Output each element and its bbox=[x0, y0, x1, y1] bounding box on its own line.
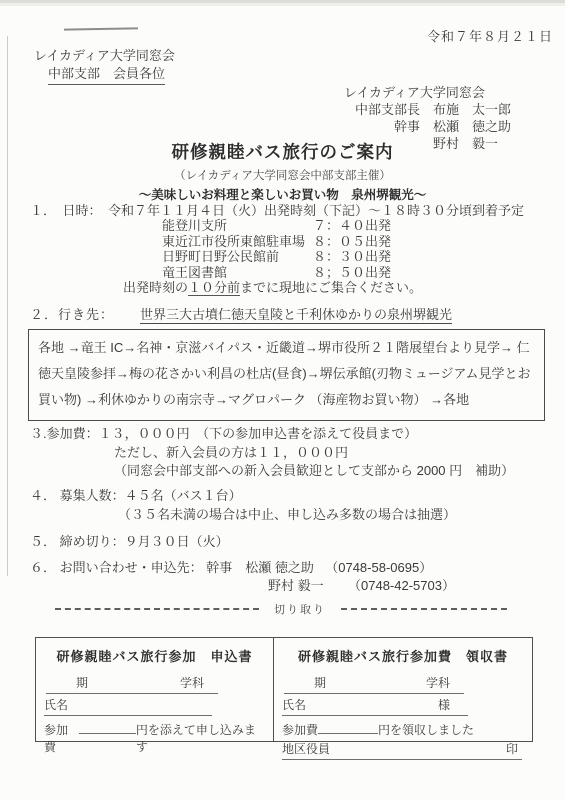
page-subtitle: （レイカディア大学同窓会中部支部主催） bbox=[0, 167, 565, 183]
receipt-name-label: 氏名 bbox=[282, 696, 306, 713]
sender-org: レイカディア大学同窓会 bbox=[344, 84, 511, 101]
contact-phone: （0748-58-0695） bbox=[325, 559, 432, 577]
section-datetime: １． 日時： 令和７年１１月４日（火）出発時刻（下記）～１８時３０分頃到着予定 … bbox=[30, 203, 554, 295]
gathering-note: 出発時刻の１０分前までに現地にご集合ください。 bbox=[123, 280, 554, 295]
title-block: 研修親睦バス旅行のご案内 （レイカディア大学同窓会中部支部主催） ～美味しいお料… bbox=[0, 139, 565, 203]
receipt-honorific: 様 bbox=[438, 696, 450, 713]
detachable-forms: 研修親睦バス旅行参加 申込書 期 学科 氏名 参加費 円を添えて申し込みます 研… bbox=[35, 637, 533, 742]
section-datetime-heading: １． 日時： 令和７年１１月４日（火）出発時刻（下記）～１８時３０分頃到着予定 bbox=[30, 203, 554, 218]
sender-name: 松瀬 徳之助 bbox=[433, 118, 511, 135]
section-capacity: ４． 募集人数：４５名（バス１台） （３５名未満の場合は中止、申し込み多数の場合… bbox=[30, 487, 550, 524]
application-form-title: 研修親睦バス旅行参加 申込書 bbox=[44, 646, 265, 665]
sender-row: 中部支部長 布施 太一郎 bbox=[344, 101, 511, 118]
application-form: 研修親睦バス旅行参加 申込書 期 学科 氏名 参加費 円を添えて申し込みます bbox=[36, 638, 274, 741]
sender-role: 中部支部長 bbox=[344, 101, 420, 118]
receipt-form: 研修親睦バス旅行参加費 領収書 期 学科 氏名 様 参加費 円を領収しました 地… bbox=[274, 638, 532, 741]
deadline-line: ５． 締め切り：９月３０日（火） bbox=[30, 531, 550, 550]
document-date: 令和７年８月２１日 bbox=[427, 26, 553, 45]
application-name-label: 氏名 bbox=[44, 696, 68, 713]
receipt-fee-blank bbox=[318, 718, 378, 734]
application-fee-suffix: 円を添えて申し込みます bbox=[136, 721, 265, 755]
addressee-org: レイカディア大学同窓会 bbox=[34, 47, 175, 65]
cut-here-line: 切り取り bbox=[55, 601, 507, 617]
receipt-name-row: 氏名 様 bbox=[282, 696, 468, 716]
fee-line3: （同窓会中部支部への新入会員歓迎として支部から 2000 円 補助） bbox=[114, 462, 550, 481]
cut-dash-left bbox=[55, 608, 259, 610]
section-deadline: ５． 締め切り：９月３０日（火） bbox=[30, 531, 550, 550]
application-fee-blank bbox=[79, 718, 136, 734]
itinerary-box: 各地 →竜王 IC→名神・京滋バイパス・近畿道→堺市役所２１階展望台より見学→ … bbox=[28, 329, 545, 421]
scanned-notice-page: 令和７年８月２１日 レイカディア大学同窓会 中部支部 会員各位 レイカディア大学… bbox=[0, 0, 565, 800]
departure-row: 竜王図書館 ８；５０出発 bbox=[162, 265, 554, 280]
application-dept-label: 学科 bbox=[180, 674, 204, 691]
page-title: 研修親睦バス旅行のご案内 bbox=[0, 139, 565, 164]
receipt-fee-suffix: 円を領収しました bbox=[378, 721, 474, 738]
receipt-fee-row: 参加費 円を領収しました bbox=[282, 718, 524, 738]
destination-title: 世界三大古墳仁徳天皇陵と千利休ゆかりの泉州堺観光 bbox=[140, 307, 452, 324]
page-tagline: ～美味しいお料理と楽しいお買い物 泉州堺観光～ bbox=[0, 185, 565, 203]
gathering-note-underlined: １０分前 bbox=[188, 280, 240, 296]
receipt-officer-row: 地区役員 印 bbox=[282, 740, 522, 760]
contact-phone: （0748-42-5703） bbox=[348, 577, 455, 595]
application-fee-row: 参加費 円を添えて申し込みます bbox=[44, 718, 265, 738]
capacity-line2: （３５名未満の場合は中止、申し込み多数の場合は抽選） bbox=[118, 506, 550, 525]
itinerary-text: 各地 →竜王 IC→名神・京滋バイパス・近畿道→堺市役所２１階展望台より見学→ … bbox=[38, 340, 531, 407]
receipt-dept-label: 学科 bbox=[426, 674, 450, 691]
receipt-term-label: 期 bbox=[314, 674, 326, 691]
departure-time: ８：０５出発 bbox=[313, 234, 391, 249]
section-fee: ３.参加費：１３，０００円 （下の参加申込書を添えて役員まで） ただし、新入会員… bbox=[30, 425, 550, 481]
receipt-officer-label: 地区役員 bbox=[282, 740, 330, 757]
cut-dash-right bbox=[341, 608, 507, 610]
application-term-dept-row: 期 学科 bbox=[46, 674, 218, 694]
departure-time: ８：３０出発 bbox=[313, 249, 391, 264]
gathering-note-pre: 出発時刻の bbox=[123, 280, 188, 295]
addressee-block: レイカディア大学同窓会 中部支部 会員各位 bbox=[34, 47, 175, 85]
receipt-term-dept-row: 期 学科 bbox=[284, 674, 464, 694]
application-name-row: 氏名 bbox=[44, 696, 212, 716]
fee-line1: ３.参加費：１３，０００円 （下の参加申込書を添えて役員まで） bbox=[30, 425, 550, 444]
cut-here-label: 切り取り bbox=[274, 601, 326, 617]
application-fee-label: 参加費 bbox=[44, 721, 79, 755]
departure-time: ８；５０出発 bbox=[313, 265, 391, 280]
departure-row: 東近江市役所東館駐車場 ８：０５出発 bbox=[162, 234, 554, 249]
addressee-members: 中部支部 会員各位 bbox=[48, 65, 165, 85]
departure-row: 日野町日野公民館前 ８：３０出発 bbox=[162, 249, 554, 264]
departure-place: 竜王図書館 bbox=[162, 265, 313, 280]
receipt-seal-label: 印 bbox=[506, 740, 518, 757]
capacity-line1: ４． 募集人数：４５名（バス１台） bbox=[30, 487, 550, 506]
departure-place: 能登川支所 bbox=[162, 218, 313, 233]
receipt-fee-label: 参加費 bbox=[282, 721, 318, 738]
contact-name: 野村 毅一 bbox=[268, 577, 348, 595]
sender-role: 幹事 bbox=[344, 118, 420, 135]
sender-name: 布施 太一郎 bbox=[433, 101, 511, 118]
receipt-form-title: 研修親睦バス旅行参加費 領収書 bbox=[282, 646, 524, 665]
application-term-label: 期 bbox=[76, 674, 88, 691]
departure-row: 能登川支所 ７：４０出発 bbox=[162, 218, 554, 233]
departure-place: 東近江市役所東館駐車場 bbox=[162, 234, 313, 249]
scan-artifact-left-edge bbox=[7, 36, 8, 576]
contact-name: 松瀬 徳之助 bbox=[245, 559, 325, 577]
departure-time: ７：４０出発 bbox=[313, 218, 391, 233]
fee-line2: ただし、新入会員の方は１１，０００円 bbox=[114, 444, 550, 463]
scan-artifact-dash bbox=[64, 27, 138, 30]
contact-label: ６． お問い合わせ・申込先： 幹事 bbox=[30, 559, 232, 577]
scan-artifact-top-fade bbox=[0, 3, 565, 6]
destination-label: ２．行き先： bbox=[30, 307, 114, 322]
departure-place: 日野町日野公民館前 bbox=[162, 249, 313, 264]
sender-row: 幹事 松瀬 徳之助 bbox=[344, 118, 511, 135]
section-contact: ６． お問い合わせ・申込先： 幹事 松瀬 徳之助 （0748-58-0695） … bbox=[30, 559, 550, 595]
gathering-note-post: までに現地にご集合ください。 bbox=[240, 280, 422, 295]
section-destination: ２．行き先：世界三大古墳仁徳天皇陵と千利休ゆかりの泉州堺観光 各地 →竜王 IC… bbox=[28, 304, 545, 421]
